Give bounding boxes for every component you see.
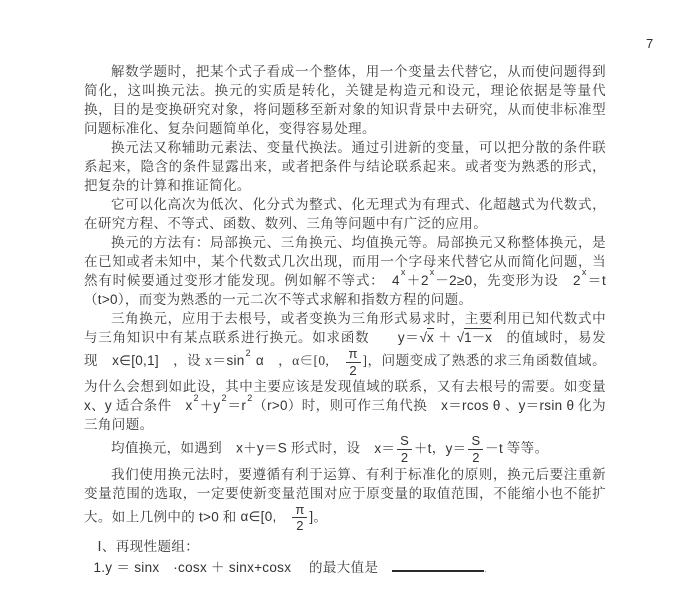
formula-exponent: 2	[246, 393, 253, 403]
methods-text-2: ，先变形为设	[472, 273, 573, 288]
trig-text-6: 适合条件	[112, 398, 186, 413]
formula-sqrt-function: y＝√x ＋ √1－x	[398, 328, 492, 345]
formula-base: ＋y	[200, 398, 221, 413]
paragraph-methods: 换元的方法有：局部换元、三角换元、均值换元等。局部换元又称整体换元，是在已知或者…	[84, 233, 606, 309]
radicand: x	[427, 328, 434, 345]
formula-tail: －2≥0	[435, 273, 472, 288]
formula-exponent: x	[400, 267, 407, 277]
fraction-denominator: 2	[468, 450, 483, 465]
formula-plus-t: ＋t	[414, 441, 432, 456]
paragraph-trig: 三角换元，应用于去根号，或者变换为三角形式易求时，主要利用已知代数式中与三角知识…	[84, 309, 606, 434]
mean-text-3: 等等。	[503, 441, 548, 456]
fraction-pi-over-2: π2	[346, 347, 361, 377]
mean-text-2: 形式时，设	[287, 441, 374, 456]
formula-exponent: 2	[193, 393, 200, 403]
formula-sum-form: x＋y＝S	[236, 441, 287, 456]
formula-x-equals: x＝	[374, 441, 395, 456]
fraction-s-over-2: S2	[468, 434, 483, 464]
formula-base: ＋2	[406, 273, 428, 288]
formula-circle-condition: x2＋y2＝r2（r>0）	[185, 398, 301, 413]
formula-variables: x、y	[84, 398, 112, 413]
formula-plus: ＋	[434, 330, 457, 345]
principle-text-3: 。	[313, 509, 327, 524]
fraction-denominator: 2	[292, 518, 307, 533]
fraction-numerator: S	[468, 434, 483, 450]
principle-text-2: 和	[219, 509, 240, 524]
formula-base: x	[185, 398, 192, 413]
formula-y-substitution: y＝S2－t	[446, 441, 503, 456]
formula-sin: sin	[226, 353, 244, 368]
formula-alpha: α	[252, 353, 264, 368]
question-1: 1.y ＝ sinx ·cosx ＋ sinx+cosx 的最大值是 .	[84, 557, 606, 580]
paragraph-usage: 它可以化高次为低次、化分式为整式、化无理式为有理式、化超越式为代数式，在研究方程…	[84, 195, 606, 233]
formula-polar-substitution: x＝rcos θ 、y＝rsin θ	[441, 398, 574, 413]
formula-y-equals: y＝	[398, 330, 420, 345]
paragraph-alias: 换元法又称辅助元素法、变量代换法。通过引进新的变量，可以把分散的条件联系起来，隐…	[84, 138, 606, 195]
radical-sign-icon: √	[457, 330, 464, 345]
formula-exp-inequality: 4x＋2x－2≥0	[392, 273, 472, 288]
fraction-s-over-2: S2	[397, 434, 412, 464]
mean-comma: ，	[432, 441, 446, 456]
formula-alpha-range: α∈[0, π2]	[240, 509, 313, 524]
formula-sin-squared: sin2 α	[226, 353, 263, 368]
question-1-text: 的最大值是	[291, 560, 392, 575]
formula-y-equals: y＝	[446, 441, 467, 456]
paragraph-mean: 均值换元，如遇到 x＋y＝S 形式时，设 x＝S2＋t，y＝S2－t 等等。	[84, 434, 606, 464]
sqrt-expression: √1－x	[457, 328, 492, 345]
formula-domain: x∈[0,1]	[112, 353, 159, 368]
formula-exponent: 2	[245, 348, 252, 358]
document-body: 解数学题时，把某个式子看成一个整体，用一个变量去代替它，从而使问题得到简化，这叫…	[84, 62, 606, 580]
formula-base: ＝r	[228, 398, 247, 413]
fraction-denominator: 2	[397, 450, 412, 465]
section-heading-reproduction-problems: Ⅰ、再现性题组：	[84, 537, 606, 557]
question-1-tail: .	[484, 564, 486, 574]
fraction-numerator: π	[346, 347, 361, 363]
paragraph-principle: 我们使用换元法时，要遵循有利于运算、有利于标准化的原则，换元后要注重新变量范围的…	[84, 465, 606, 533]
fraction-pi-over-2: π2	[292, 503, 307, 533]
formula-interval-open: α∈[0,	[240, 509, 290, 524]
mean-text-1: 均值换元，如遇到	[111, 441, 236, 456]
formula-exponent: x	[429, 267, 436, 277]
formula-minus-t: －t	[485, 441, 503, 456]
answer-blank	[392, 558, 484, 572]
radical-sign-icon: √	[419, 330, 426, 345]
formula-exponent: 2	[221, 393, 228, 403]
sqrt-expression: √x	[419, 328, 433, 345]
trig-text-4: ，α∈[0,	[264, 353, 344, 368]
trig-text-3: ，设 x＝	[159, 353, 226, 368]
paragraph-intro: 解数学题时，把某个式子看成一个整体，用一个变量去代替它，从而使问题得到简化，这叫…	[84, 62, 606, 138]
trig-text-7: 时，则可作三角代换	[302, 398, 441, 413]
fraction-denominator: 2	[346, 363, 361, 378]
question-1-formula: 1.y ＝ sinx ·cosx ＋ sinx+cosx	[93, 560, 291, 575]
principle-text-1: 我们使用换元法时，要遵循有利于运算、有利于标准化的原则，换元后要注重新变量范围的…	[84, 467, 606, 525]
fraction-numerator: S	[397, 434, 412, 450]
formula-t-positive: t>0	[199, 509, 219, 524]
formula-base: 4	[392, 273, 400, 288]
fraction-numerator: π	[292, 503, 307, 519]
formula-exponent: x	[581, 267, 588, 277]
page-number: 7	[646, 36, 653, 51]
methods-text-3: ，而变为熟悉的一元二次不等式求解和指数方程的问题。	[125, 292, 473, 307]
formula-tail: （r>0）	[253, 398, 302, 413]
radicand: 1－x	[464, 328, 492, 345]
formula-base: 2	[573, 273, 581, 288]
formula-x-substitution: x＝S2＋t	[374, 441, 431, 456]
